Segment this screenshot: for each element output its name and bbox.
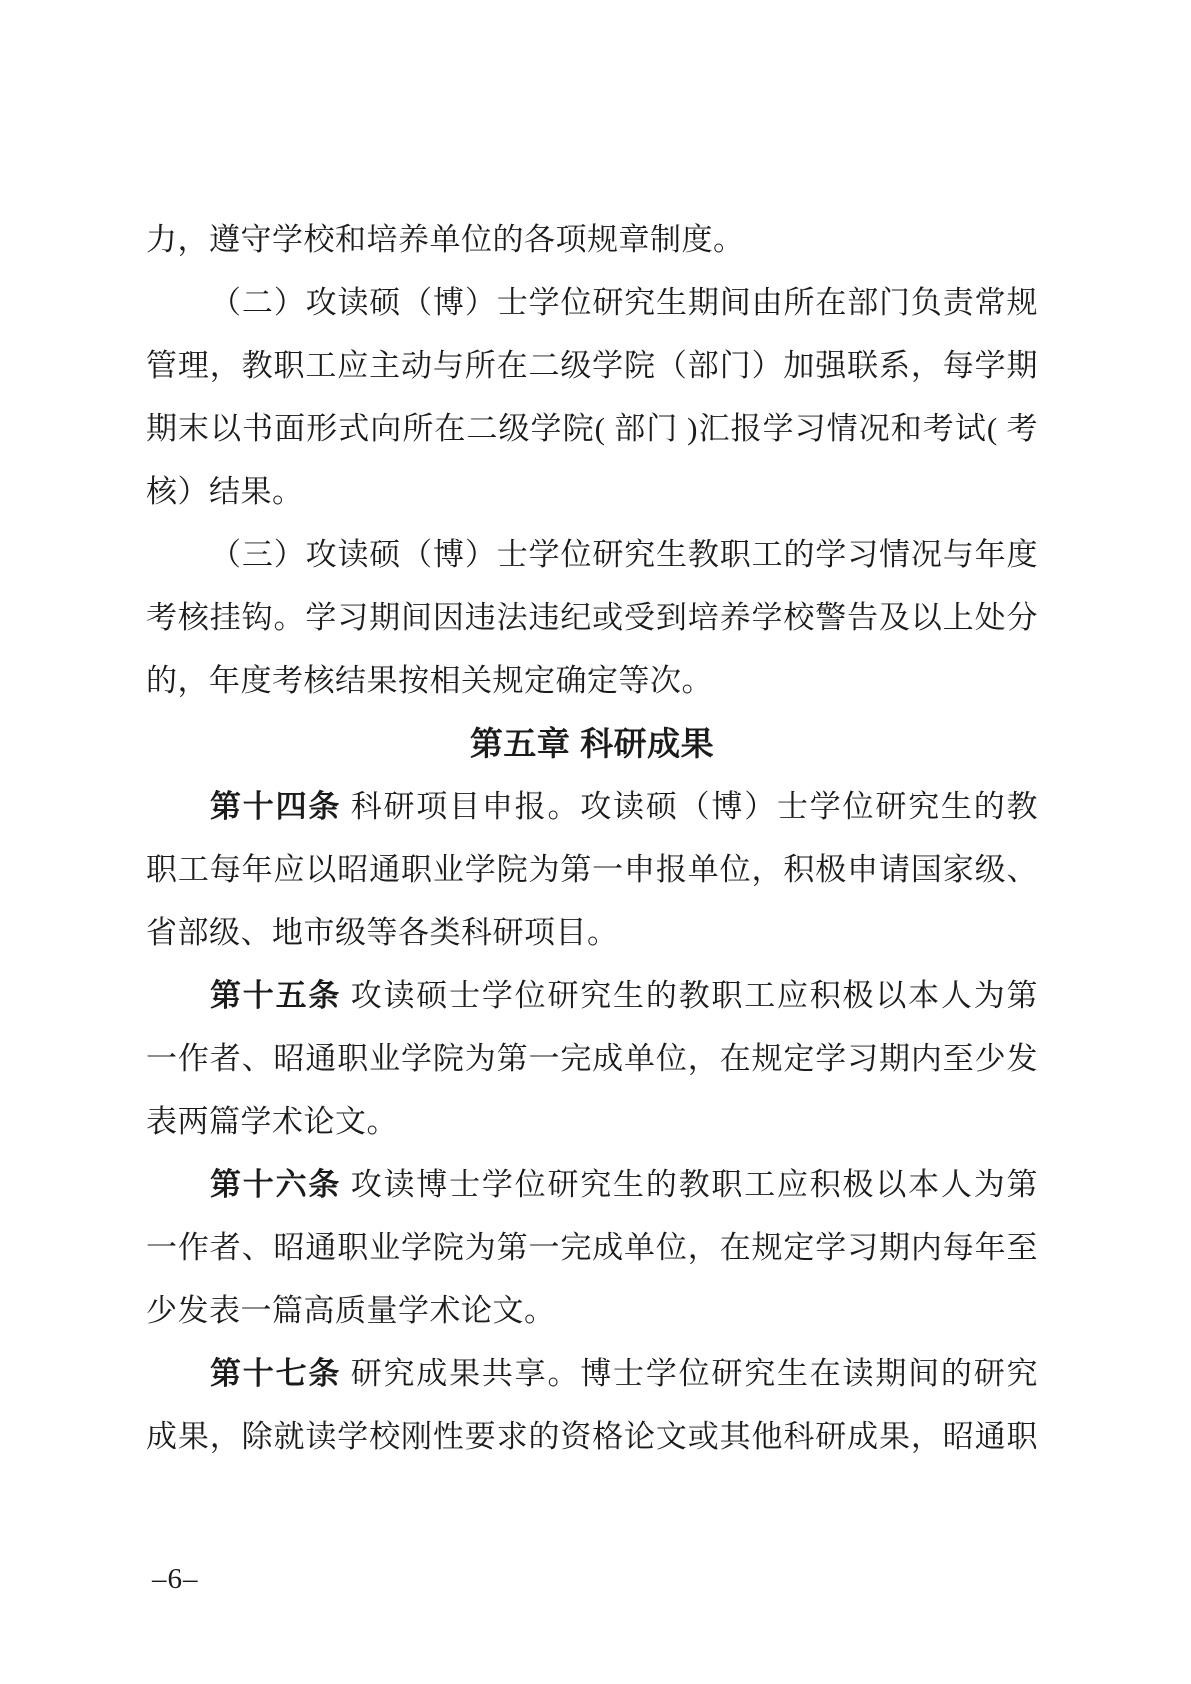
- text-segment: 考核挂钩。学习期间因违法违纪或受到培养学校警告及以上处分: [146, 600, 1038, 635]
- bold-text-segment: 第十五条: [210, 978, 341, 1013]
- text-segment: 期末以书面形式向所在二级学院( 部门 )汇报学习情况和考试( 考: [146, 411, 1038, 446]
- text-segment: 核）结果。: [146, 474, 304, 509]
- text-line: 第十五条 攻读硕士学位研究生的教职工应积极以本人为第: [146, 964, 1038, 1027]
- text-line: 一作者、昭通职业学院为第一完成单位，在规定学习期内至少发: [146, 1027, 1038, 1090]
- text-line: 第十六条 攻读博士学位研究生的教职工应积极以本人为第: [146, 1153, 1038, 1216]
- text-segment: 一作者、昭通职业学院为第一完成单位，在规定学习期内每年至: [146, 1230, 1038, 1265]
- text-line: 期末以书面形式向所在二级学院( 部门 )汇报学习情况和考试( 考: [146, 397, 1038, 460]
- bold-text-segment: 第五章 科研成果: [470, 725, 714, 762]
- text-segment: 研究成果共享。博士学位研究生在读期间的研究: [341, 1356, 1038, 1391]
- text-segment: 攻读博士学位研究生的教职工应积极以本人为第: [341, 1167, 1038, 1202]
- text-line: 力，遵守学校和培养单位的各项规章制度。: [146, 208, 1038, 271]
- text-segment: 职工每年应以昭通职业学院为第一申报单位，积极申请国家级、: [146, 852, 1038, 887]
- text-line: 考核挂钩。学习期间因违法违纪或受到培养学校警告及以上处分: [146, 586, 1038, 649]
- text-segment: 一作者、昭通职业学院为第一完成单位，在规定学习期内至少发: [146, 1041, 1038, 1076]
- text-segment: 科研项目申报。攻读硕（博）士学位研究生的教: [341, 789, 1038, 824]
- text-segment: 管理，教职工应主动与所在二级学院（部门）加强联系，每学期: [146, 348, 1038, 383]
- page-number: –6–: [152, 1558, 199, 1600]
- text-segment: 力，遵守学校和培养单位的各项规章制度。: [146, 222, 745, 257]
- text-line: 核）结果。: [146, 460, 1038, 523]
- text-line: 省部级、地市级等各类科研项目。: [146, 901, 1038, 964]
- text-line: 职工每年应以昭通职业学院为第一申报单位，积极申请国家级、: [146, 838, 1038, 901]
- text-line: 第十四条 科研项目申报。攻读硕（博）士学位研究生的教: [146, 775, 1038, 838]
- chapter-heading: 第五章 科研成果: [146, 712, 1038, 775]
- text-line: （二）攻读硕（博）士学位研究生期间由所在部门负责常规: [146, 271, 1038, 334]
- document-body: 力，遵守学校和培养单位的各项规章制度。（二）攻读硕（博）士学位研究生期间由所在部…: [146, 208, 1038, 1468]
- text-segment: （二）攻读硕（博）士学位研究生期间由所在部门负责常规: [210, 285, 1038, 320]
- text-segment: （三）攻读硕（博）士学位研究生教职工的学习情况与年度: [210, 537, 1038, 572]
- document-page: 力，遵守学校和培养单位的各项规章制度。（二）攻读硕（博）士学位研究生期间由所在部…: [0, 0, 1191, 1684]
- text-line: （三）攻读硕（博）士学位研究生教职工的学习情况与年度: [146, 523, 1038, 586]
- text-line: 少发表一篇高质量学术论文。: [146, 1279, 1038, 1342]
- bold-text-segment: 第十四条: [210, 789, 341, 824]
- bold-text-segment: 第十六条: [210, 1167, 341, 1202]
- bold-text-segment: 第十七条: [210, 1356, 341, 1391]
- text-segment: 的，年度考核结果按相关规定确定等次。: [146, 663, 713, 698]
- text-segment: 少发表一篇高质量学术论文。: [146, 1293, 556, 1328]
- text-line: 的，年度考核结果按相关规定确定等次。: [146, 649, 1038, 712]
- text-segment: 省部级、地市级等各类科研项目。: [146, 915, 619, 950]
- text-line: 成果，除就读学校刚性要求的资格论文或其他科研成果，昭通职: [146, 1405, 1038, 1468]
- text-segment: 成果，除就读学校刚性要求的资格论文或其他科研成果，昭通职: [146, 1419, 1038, 1454]
- text-line: 管理，教职工应主动与所在二级学院（部门）加强联系，每学期: [146, 334, 1038, 397]
- text-line: 第十七条 研究成果共享。博士学位研究生在读期间的研究: [146, 1342, 1038, 1405]
- text-line: 一作者、昭通职业学院为第一完成单位，在规定学习期内每年至: [146, 1216, 1038, 1279]
- text-line: 表两篇学术论文。: [146, 1090, 1038, 1153]
- text-segment: 攻读硕士学位研究生的教职工应积极以本人为第: [341, 978, 1038, 1013]
- text-segment: 表两篇学术论文。: [146, 1104, 398, 1139]
